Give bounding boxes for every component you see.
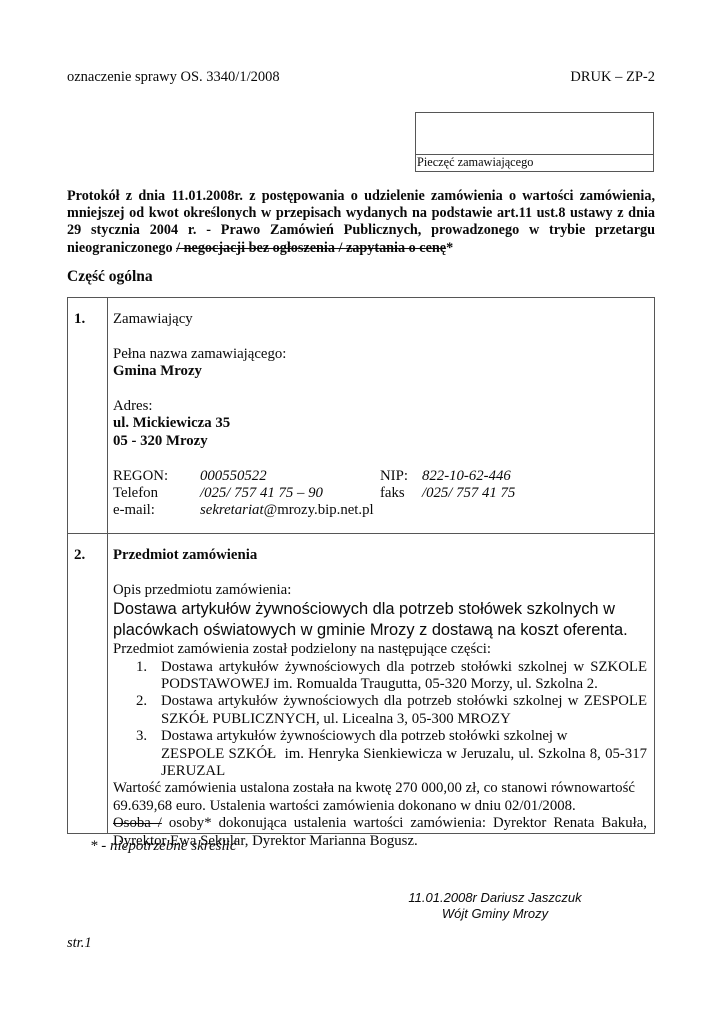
nip-value: 822-10-62-446	[422, 468, 647, 485]
text-segment: *	[446, 240, 453, 256]
footnote: * - niepotrzebne skreślić	[90, 838, 237, 855]
regon-value: 000550522	[200, 468, 380, 485]
email-value: sekretariat@mrozy.bip.net.pl	[200, 502, 380, 519]
list-item-text: Dostawa artykułów żywnościowych dla potr…	[161, 728, 647, 779]
list-item: 3. Dostawa artykułów żywnościowych dla p…	[113, 728, 647, 780]
stamp-box: Pieczęć zamawiającego	[415, 112, 654, 172]
email-user-part: sekretariat	[200, 502, 264, 518]
full-name-value: Gmina Mrozy	[113, 363, 647, 380]
signature-name: 11.01.2008r Dariusz Jaszczuk	[385, 890, 605, 906]
struck-text-segment: Osoba /	[113, 815, 162, 831]
signature-block: 11.01.2008r Dariusz Jaszczuk Wójt Gminy …	[385, 890, 605, 921]
contract-description: Dostawa artykułów żywnościowych dla potr…	[113, 599, 647, 641]
phone-label: Telefon	[113, 485, 200, 502]
regon-label: REGON:	[113, 468, 200, 485]
nip-label: NIP:	[380, 468, 422, 485]
page-number: str.1	[67, 935, 92, 952]
address-city: 05 - 320 Mrozy	[113, 433, 647, 450]
list-item: 2. Dostawa artykułów żywnościowych dla p…	[113, 693, 647, 728]
list-item-number: 3.	[136, 728, 147, 745]
row-number: 2.	[68, 534, 108, 833]
form-code: DRUK – ZP-2	[570, 69, 655, 86]
section2-title: Przedmiot zamówienia	[113, 547, 647, 564]
spacer	[113, 564, 647, 581]
contact-details: REGON: 000550522 NIP: 822-10-62-446 Tele…	[113, 468, 647, 520]
phone-value: /025/ 757 41 75 – 90	[200, 485, 380, 502]
table-row-subject-of-contract: 2. Przedmiot zamówienia Opis przedmiotu …	[68, 533, 654, 833]
case-reference: oznaczenie sprawy OS. 3340/1/2008	[67, 69, 280, 86]
document-header: oznaczenie sprawy OS. 3340/1/2008 DRUK –…	[67, 69, 655, 86]
protocol-table: 1. Zamawiający Pełna nazwa zamawiającego…	[67, 297, 655, 834]
email-label: e-mail:	[113, 502, 200, 519]
grid-filler	[422, 502, 647, 519]
list-item-text: Dostawa artykułów żywnościowych dla potr…	[161, 659, 647, 692]
list-item: 1. Dostawa artykułów żywnościowych dla p…	[113, 659, 647, 694]
address-label: Adres:	[113, 398, 647, 415]
stamp-caption: Pieczęć zamawiającego	[416, 154, 653, 171]
spacer	[113, 328, 647, 345]
subject-of-contract-cell: Przedmiot zamówienia Opis przedmiotu zam…	[108, 534, 654, 833]
spacer	[113, 450, 647, 467]
row-number: 1.	[68, 298, 108, 533]
description-label: Opis przedmiotu zamówienia:	[113, 582, 647, 599]
grid-filler	[380, 502, 422, 519]
table-row-contracting-authority: 1. Zamawiający Pełna nazwa zamawiającego…	[68, 298, 654, 533]
contract-value-paragraph: Wartość zamówienia ustalona została na k…	[113, 780, 647, 815]
spacer	[113, 381, 647, 398]
fax-label: faks	[380, 485, 422, 502]
protocol-intro-paragraph: Protokół z dnia 11.01.2008r. z postępowa…	[67, 188, 655, 257]
signature-title: Wójt Gminy Mrozy	[385, 906, 605, 922]
address-street: ul. Mickiewicza 35	[113, 415, 647, 432]
list-item-text: Dostawa artykułów żywnościowych dla potr…	[161, 693, 647, 726]
list-item-number: 2.	[136, 693, 147, 710]
parts-intro: Przedmiot zamówienia został podzielony n…	[113, 641, 647, 658]
list-item-number: 1.	[136, 659, 147, 676]
email-domain-part: @mrozy.bip.net.pl	[264, 502, 374, 518]
part-heading: Część ogólna	[67, 268, 153, 286]
struck-text-segment: / negocjacji bez ogłoszenia / zapytania …	[176, 240, 446, 256]
contract-parts-list: 1. Dostawa artykułów żywnościowych dla p…	[113, 659, 647, 781]
section1-title: Zamawiający	[113, 311, 647, 328]
contracting-authority-cell: Zamawiający Pełna nazwa zamawiającego: G…	[108, 298, 654, 533]
fax-value: /025/ 757 41 75	[422, 485, 647, 502]
full-name-label: Pełna nazwa zamawiającego:	[113, 346, 647, 363]
